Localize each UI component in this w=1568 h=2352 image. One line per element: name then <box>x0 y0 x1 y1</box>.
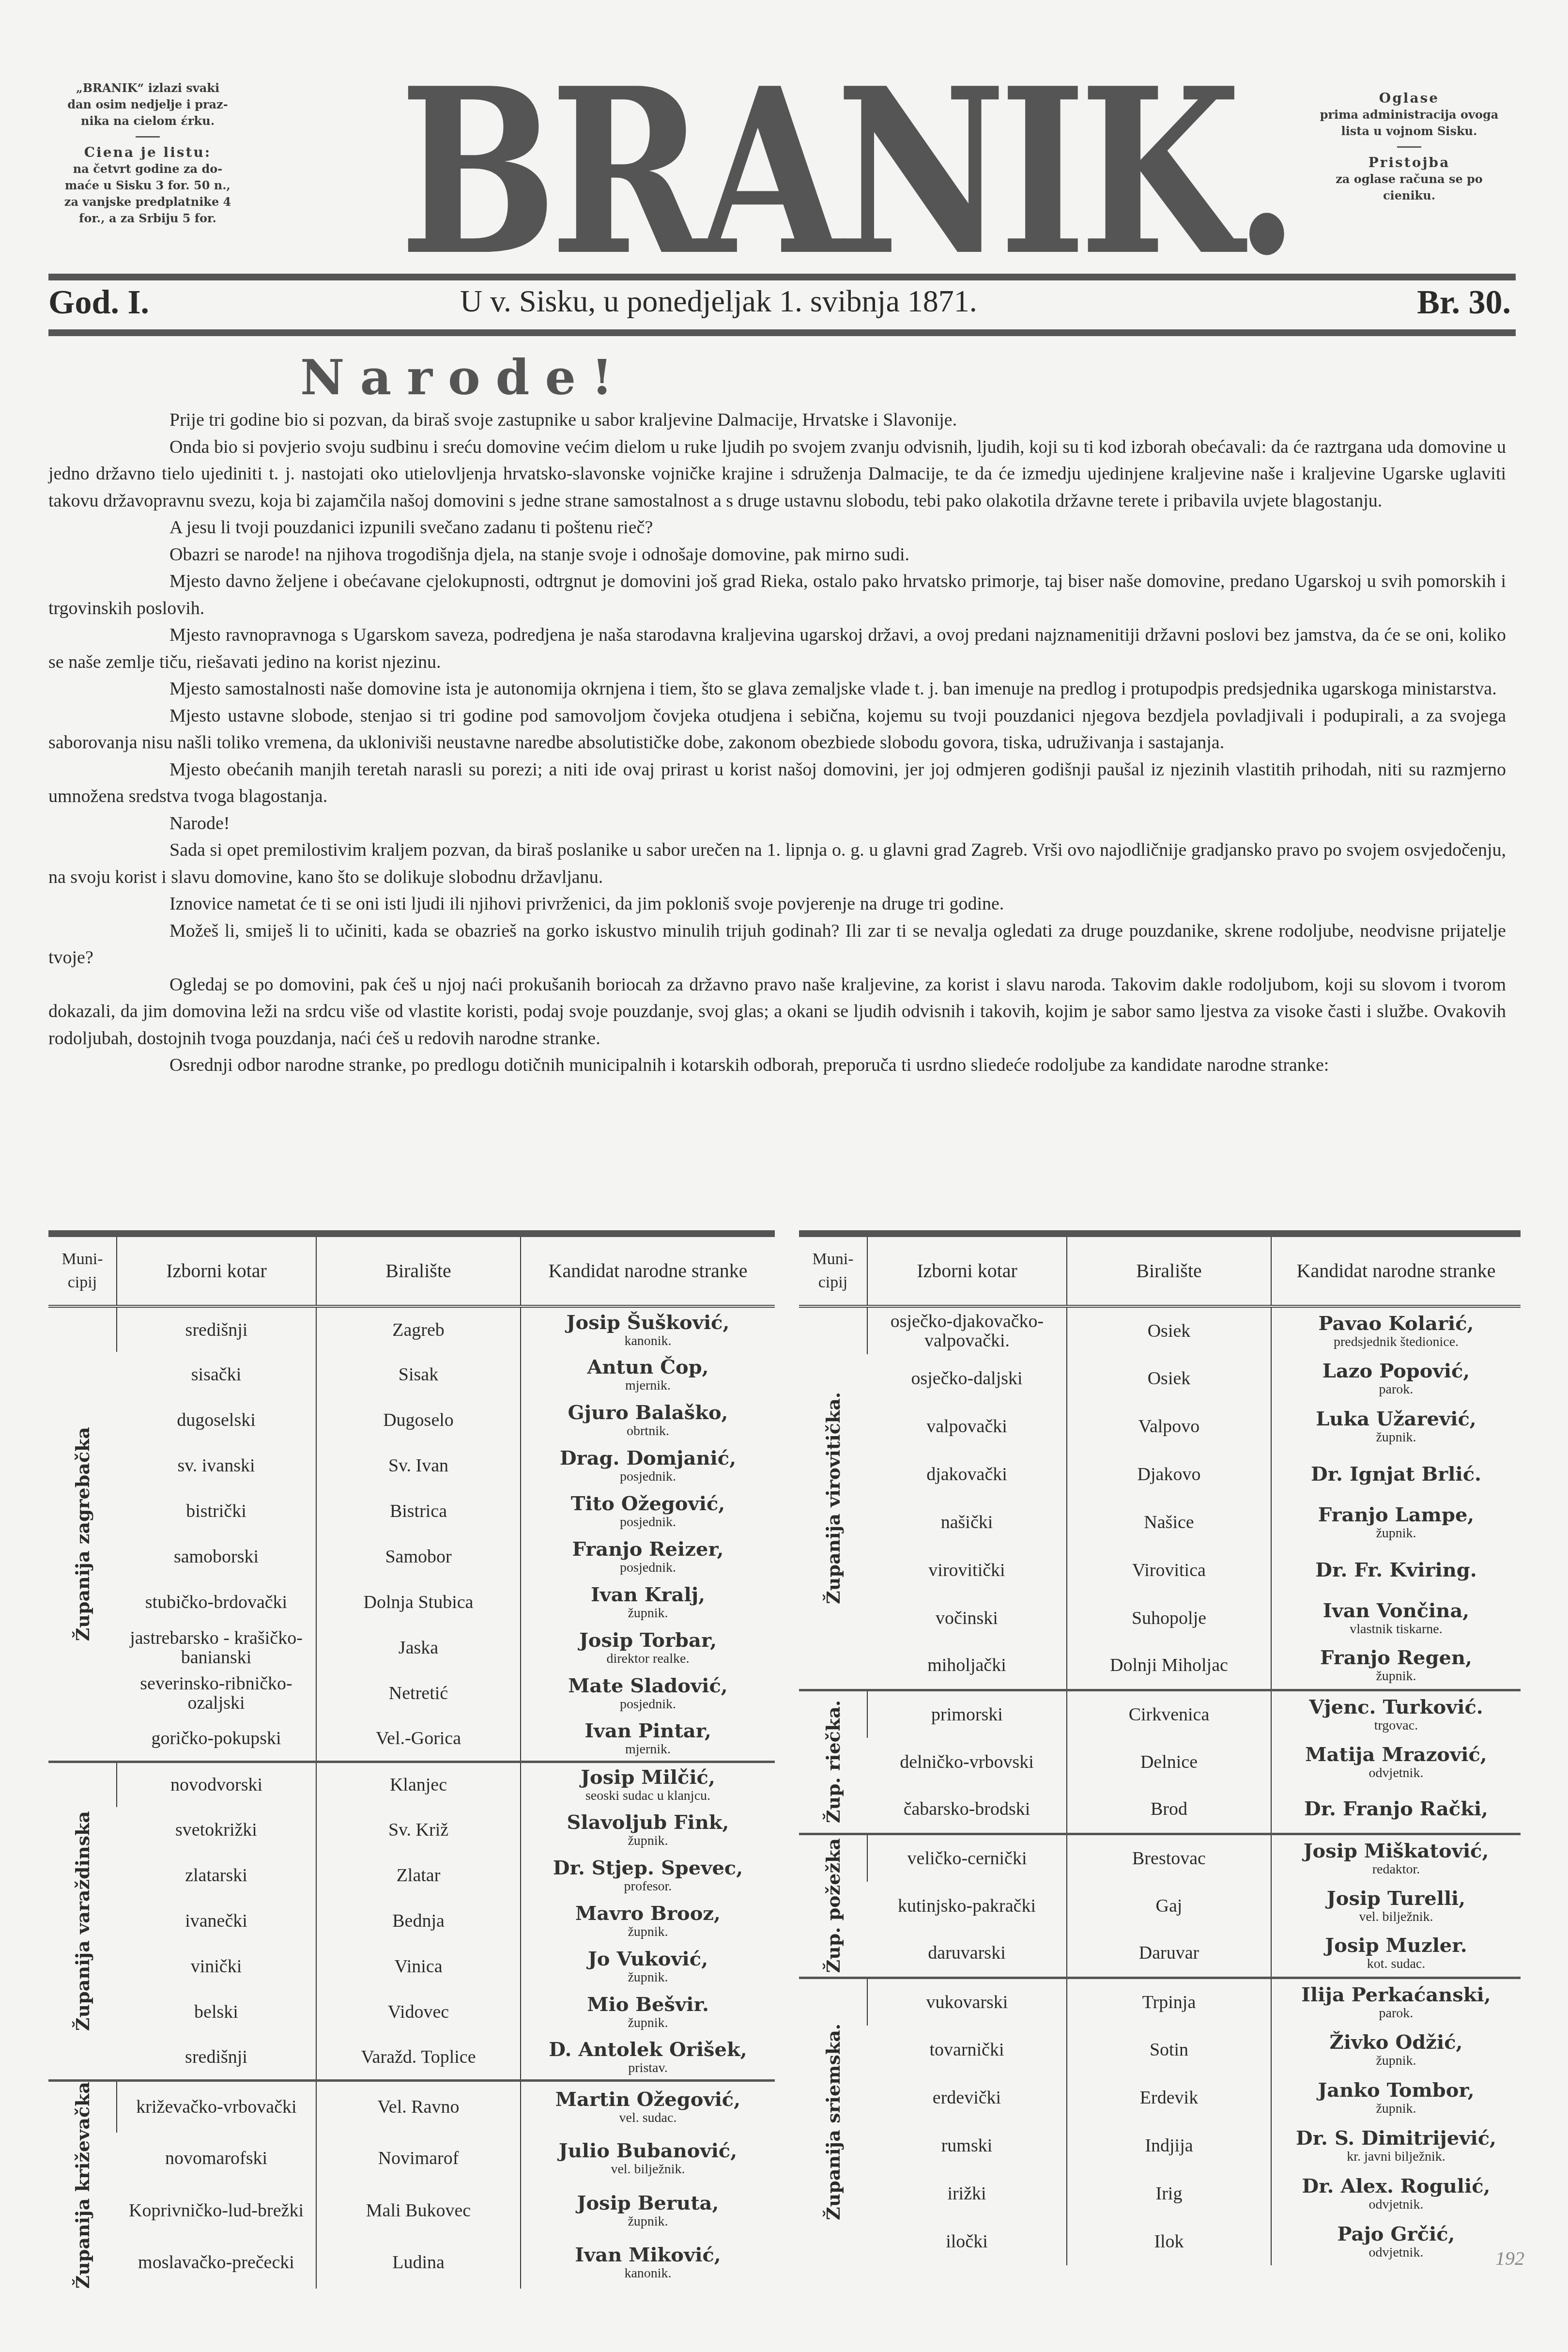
candidate-occupation: posjednik. <box>521 1470 775 1484</box>
advertising-info: Oglase prima administracija ovoga lista … <box>1298 87 1521 204</box>
candidate-name: Josip Beruta, <box>521 2192 775 2214</box>
candidate-name: Franjo Lampe, <box>1272 1504 1521 1526</box>
price-line: for., a za Srbiju 5 for. <box>46 210 249 227</box>
polling-place: Vel. Ravno <box>316 2080 521 2133</box>
candidate-name: Ivan Pintar, <box>521 1720 775 1742</box>
candidate-cell: Franjo Regen,župnik. <box>1271 1642 1521 1690</box>
candidate-cell: Antun Čop,mjernik. <box>521 1352 775 1397</box>
candidate-name: Janko Tombor, <box>1272 2079 1521 2102</box>
polling-place: Dolnji Miholjac <box>1067 1642 1271 1690</box>
electoral-district: vukovarski <box>867 1978 1067 2026</box>
candidate-occupation: kanonik. <box>521 2266 775 2281</box>
electoral-district: ivanečki <box>117 1898 316 1944</box>
table-row: kutinjsko-pakračkiGajJosip Turelli,vel. … <box>799 1882 1521 1930</box>
candidate-name: Josip Muzler. <box>1272 1934 1521 1957</box>
table-row: severinsko-ribničko-ozaljskiNetretićMate… <box>48 1671 775 1716</box>
polling-place: Daruvar <box>1067 1930 1271 1978</box>
article-body: Prije tri godine bio si pozvan, da biraš… <box>48 407 1506 1079</box>
county-group: Županija sriemska.vukovarskiTrpinjaIlija… <box>799 1978 1521 2265</box>
table-row: erdevičkiErdevikJanko Tombor,župnik. <box>799 2073 1521 2121</box>
electoral-district: stubičko-brdovački <box>117 1579 316 1625</box>
polling-place: Valpovo <box>1067 1402 1271 1450</box>
column-header: Izborni kotar <box>867 1234 1067 1306</box>
county-group: Županija varaždinskanovodvorskiKlanjecJo… <box>48 1762 775 2080</box>
table-row: djakovačkiDjakovoDr. Ignjat Brlić. <box>799 1450 1521 1498</box>
table-row: zlatarskiZlatarDr. Stjep. Spevec,profeso… <box>48 1853 775 1898</box>
margin-note: 192 <box>1495 2247 1524 2270</box>
table-row: moslavačko-prečeckiLudinaIvan Miković,ka… <box>48 2237 775 2289</box>
candidate-name: Ivan Miković, <box>521 2244 775 2266</box>
electoral-district: jastrebarsko - krašičko-banianski <box>117 1625 316 1671</box>
polling-place: Dugoselo <box>316 1397 521 1443</box>
electoral-district: tovarnički <box>867 2026 1067 2073</box>
electoral-district: osječko-daljski <box>867 1354 1067 1402</box>
electoral-district: veličko-cernički <box>867 1834 1067 1882</box>
candidates-table-left: Muni-cipijIzborni kotarBirališteKandidat… <box>48 1230 775 2289</box>
table-row: stubičko-brdovačkiDolnja StubicaIvan Kra… <box>48 1579 775 1625</box>
candidate-occupation: župnik. <box>521 1606 775 1621</box>
candidate-occupation: posjednik. <box>521 1697 775 1712</box>
polling-place: Indjija <box>1067 2121 1271 2169</box>
candidate-name: Josip Turelli, <box>1272 1888 1521 1910</box>
polling-place: Ludina <box>316 2237 521 2289</box>
polling-place: Delnice <box>1067 1738 1271 1786</box>
schedule-line: nika na cielom έrku. <box>46 113 249 129</box>
candidate-occupation: obrtnik. <box>521 1424 775 1439</box>
candidate-name: D. Antolek Orišek, <box>521 2039 775 2061</box>
candidate-name: Josip Šušković, <box>521 1312 775 1334</box>
candidate-name: Julio Bubanović, <box>521 2140 775 2162</box>
fee-line: cieniku. <box>1298 187 1521 204</box>
table-row: jastrebarsko - krašičko-banianskiJaskaJo… <box>48 1625 775 1671</box>
candidate-occupation: odvjetnik. <box>1272 2245 1521 2260</box>
electoral-district: našički <box>867 1498 1067 1546</box>
polling-place: Irig <box>1067 2169 1271 2217</box>
polling-place: Bistrica <box>316 1488 521 1534</box>
table-row: rumskiIndjijaDr. S. Dimitrijević,kr. jav… <box>799 2121 1521 2169</box>
table-row: tovarničkiSotinŽivko Odžić,župnik. <box>799 2026 1521 2073</box>
place-date: U v. Sisku, u ponedjeljak 1. svibnja 187… <box>460 283 977 319</box>
article-paragraph: Mjesto obećanih manjih teretah narasli s… <box>48 757 1506 810</box>
candidate-cell: Martin Ožegović,vel. sudac. <box>521 2080 775 2133</box>
county-label: Žup. riečka. <box>822 1700 844 1823</box>
candidate-occupation: profesor. <box>521 1879 775 1894</box>
candidate-occupation: mjernik. <box>521 1742 775 1757</box>
column-header: Muni-cipij <box>799 1234 867 1306</box>
table-row: Županija sriemska.vukovarskiTrpinjaIlija… <box>799 1978 1521 2026</box>
candidate-name: Matija Mrazović, <box>1272 1744 1521 1766</box>
price-line: maće u Sisku 3 for. 50 n., <box>46 177 249 194</box>
electoral-district: novodvorski <box>117 1762 316 1807</box>
table-row: irižkiIrigDr. Alex. Rogulić,odvjetnik. <box>799 2169 1521 2217</box>
candidate-name: Ivan Kralj, <box>521 1584 775 1606</box>
candidate-name: Lazo Popović, <box>1272 1360 1521 1382</box>
candidate-cell: Ilija Perkaćanski,parok. <box>1271 1978 1521 2026</box>
column-header: Kandidat narodne stranke <box>1271 1234 1521 1306</box>
electoral-district: moslavačko-prečecki <box>117 2237 316 2289</box>
electoral-district: svetokrižki <box>117 1807 316 1853</box>
article-paragraph: Obazri se narode! na njihova trogodišnja… <box>48 542 1506 569</box>
candidate-occupation: župnik. <box>1272 2054 1521 2068</box>
column-header: Kandidat narodne stranke <box>521 1234 775 1306</box>
polling-place: Gaj <box>1067 1882 1271 1930</box>
candidate-name: Tito Ožegović, <box>521 1493 775 1515</box>
candidate-name: Josip Torbar, <box>521 1629 775 1652</box>
polling-place: Osiek <box>1067 1306 1271 1354</box>
table-row: belskiVidovecMio Bešvir.župnik. <box>48 1989 775 2035</box>
candidate-occupation: župnik. <box>521 1834 775 1848</box>
article-paragraph: Mjesto ustavne slobode, stenjao si tri g… <box>48 703 1506 757</box>
candidate-cell: Vjenc. Turković.trgovac. <box>1271 1690 1521 1738</box>
table-row: iločkiIlokPajo Grčić,odvjetnik. <box>799 2217 1521 2265</box>
table-row: sv. ivanskiSv. IvanDrag. Domjanić,posjed… <box>48 1443 775 1488</box>
ads-heading: Oglase <box>1298 90 1521 107</box>
county-group: Žup. riečka.primorskiCirkvenicaVjenc. Tu… <box>799 1690 1521 1834</box>
candidate-occupation: seoski sudac u klanjcu. <box>521 1789 775 1803</box>
candidate-occupation: župnik. <box>521 2016 775 2030</box>
electoral-district: čabarsko-brodski <box>867 1786 1067 1834</box>
electoral-district: zlatarski <box>117 1853 316 1898</box>
table-row: novomarofskiNovimarofJulio Bubanović,vel… <box>48 2133 775 2185</box>
electoral-district: goričko-pokupski <box>117 1716 316 1762</box>
ads-line: prima administracija ovoga <box>1298 107 1521 123</box>
candidate-cell: Dr. Fr. Kviring. <box>1271 1546 1521 1594</box>
candidate-occupation: mjernik. <box>521 1378 775 1393</box>
newspaper-title: BRANIK. <box>400 73 1082 271</box>
candidate-cell: Franjo Lampe,župnik. <box>1271 1498 1521 1546</box>
candidate-name: Dr. Ignjat Brlić. <box>1272 1463 1521 1485</box>
county-label: Županija zagrebačka <box>72 1427 93 1641</box>
polling-place: Samobor <box>316 1534 521 1579</box>
polling-place: Sotin <box>1067 2026 1271 2073</box>
candidate-name: Dr. Franjo Rački, <box>1272 1798 1521 1820</box>
polling-place: Djakovo <box>1067 1450 1271 1498</box>
county-label: Županija virovitička. <box>822 1392 844 1604</box>
polling-place: Našice <box>1067 1498 1271 1546</box>
polling-place: Suhopolje <box>1067 1594 1271 1642</box>
article-paragraph: A jesu li tvoji pouzdanici izpunili sveč… <box>48 514 1506 542</box>
electoral-district: vinički <box>117 1944 316 1989</box>
candidate-cell: Matija Mrazović,odvjetnik. <box>1271 1738 1521 1786</box>
electoral-district: novomarofski <box>117 2133 316 2185</box>
candidate-name: Dr. Fr. Kviring. <box>1272 1559 1521 1581</box>
polling-place: Vinica <box>316 1944 521 1989</box>
polling-place: Ilok <box>1067 2217 1271 2265</box>
electoral-district: kutinjsko-pakrački <box>867 1882 1067 1930</box>
table-row: sisačkiSisakAntun Čop,mjernik. <box>48 1352 775 1397</box>
polling-place: Trpinja <box>1067 1978 1271 2026</box>
electoral-district: dugoselski <box>117 1397 316 1443</box>
bottom-rule <box>48 329 1516 336</box>
candidate-name: Drag. Domjanić, <box>521 1447 775 1470</box>
candidate-cell: Josip Milčić,seoski sudac u klanjcu. <box>521 1762 775 1807</box>
polling-place: Varažd. Toplice <box>316 2035 521 2080</box>
divider <box>136 136 160 138</box>
electoral-district: osječko-djakovačko-valpovački. <box>867 1306 1067 1354</box>
candidate-name: Antun Čop, <box>521 1356 775 1378</box>
candidate-cell: Janko Tombor,župnik. <box>1271 2073 1521 2121</box>
electoral-district: sisački <box>117 1352 316 1397</box>
polling-place: Sv. Križ <box>316 1807 521 1853</box>
candidate-cell: Tito Ožegović,posjednik. <box>521 1488 775 1534</box>
candidate-cell: Pajo Grčić,odvjetnik. <box>1271 2217 1521 2265</box>
polling-place: Erdevik <box>1067 2073 1271 2121</box>
electoral-district: vočinski <box>867 1594 1067 1642</box>
polling-place: Vel.-Gorica <box>316 1716 521 1762</box>
polling-place: Zlatar <box>316 1853 521 1898</box>
electoral-district: sv. ivanski <box>117 1443 316 1488</box>
table-row: svetokrižkiSv. KrižSlavoljub Fink,župnik… <box>48 1807 775 1853</box>
candidate-cell: Mio Bešvir.župnik. <box>521 1989 775 2035</box>
electoral-district: Koprivničko-lud-brežki <box>117 2184 316 2237</box>
candidate-name: Slavoljub Fink, <box>521 1811 775 1834</box>
candidate-occupation: župnik. <box>521 2214 775 2229</box>
candidate-occupation: vel. sudac. <box>521 2111 775 2125</box>
candidate-occupation: pristav. <box>521 2061 775 2075</box>
candidate-name: Gjuro Balaško, <box>521 1402 775 1424</box>
price-heading: Ciena je listu: <box>46 144 249 161</box>
candidate-cell: Živko Odžić,župnik. <box>1271 2026 1521 2073</box>
candidate-name: Mavro Brooz, <box>521 1903 775 1925</box>
fee-line: za oglase računa se po <box>1298 171 1521 187</box>
column-header: Izborni kotar <box>117 1234 316 1306</box>
article-paragraph: Možeš li, smiješ li to učiniti, kada se … <box>48 918 1506 972</box>
candidate-occupation: župnik. <box>1272 1430 1521 1445</box>
table-row: Žup. požežkaveličko-cerničkiBrestovacJos… <box>799 1834 1521 1882</box>
table-row: valpovačkiValpovoLuka Užarević,župnik. <box>799 1402 1521 1450</box>
table-row: bistričkiBistricaTito Ožegović,posjednik… <box>48 1488 775 1534</box>
table-row: osječko-daljskiOsiekLazo Popović,parok. <box>799 1354 1521 1402</box>
article-paragraph: Mjesto samostalnosti naše domovine ista … <box>48 676 1506 703</box>
table-row: Županija varaždinskanovodvorskiKlanjecJo… <box>48 1762 775 1807</box>
electoral-district: križevačko-vrbovački <box>117 2080 316 2133</box>
table-row: dugoselskiDugoseloGjuro Balaško,obrtnik. <box>48 1397 775 1443</box>
candidate-cell: Dr. Stjep. Spevec,profesor. <box>521 1853 775 1898</box>
candidate-name: Luka Užarević, <box>1272 1408 1521 1430</box>
table-row: čabarsko-brodskiBrodDr. Franjo Rački, <box>799 1786 1521 1834</box>
electoral-district: severinsko-ribničko-ozaljski <box>117 1671 316 1716</box>
polling-place: Jaska <box>316 1625 521 1671</box>
candidate-cell: Ivan Pintar,mjernik. <box>521 1716 775 1762</box>
candidates-table-right: Muni-cipijIzborni kotarBirališteKandidat… <box>799 1230 1521 2265</box>
candidate-name: Mio Bešvir. <box>521 1994 775 2016</box>
electoral-district: središnji <box>117 1306 316 1352</box>
table-row: virovitičkiViroviticaDr. Fr. Kviring. <box>799 1546 1521 1594</box>
candidate-name: Franjo Regen, <box>1272 1647 1521 1669</box>
candidate-cell: Mate Sladović,posjednik. <box>521 1671 775 1716</box>
table-row: viničkiVinicaJo Vuković,župnik. <box>48 1944 775 1989</box>
candidate-cell: Josip Turelli,vel. bilježnik. <box>1271 1882 1521 1930</box>
candidate-cell: Jo Vuković,župnik. <box>521 1944 775 1989</box>
candidate-occupation: predsjednik štedionice. <box>1272 1335 1521 1349</box>
candidate-cell: Slavoljub Fink,župnik. <box>521 1807 775 1853</box>
county-group: Žup. požežkaveličko-cerničkiBrestovacJos… <box>799 1834 1521 1978</box>
candidate-cell: Julio Bubanović,vel. bilježnik. <box>521 2133 775 2185</box>
ads-line: lista u vojnom Sisku. <box>1298 123 1521 139</box>
candidate-occupation: vel. bilježnik. <box>1272 1910 1521 1924</box>
electoral-district: iločki <box>867 2217 1067 2265</box>
table-row: središnjiVaražd. TopliceD. Antolek Oriše… <box>48 2035 775 2080</box>
article-paragraph: Prije tri godine bio si pozvan, da biraš… <box>48 407 1506 434</box>
candidate-name: Dr. S. Dimitrijević, <box>1272 2127 1521 2150</box>
article-heading: Narode! <box>300 349 628 406</box>
candidate-occupation: župnik. <box>1272 2102 1521 2116</box>
candidate-name: Josip Miškatović, <box>1272 1840 1521 1862</box>
top-rule <box>48 274 1516 280</box>
article-paragraph: Narode! <box>48 810 1506 837</box>
fee-heading: Pristojba <box>1298 155 1521 171</box>
candidate-cell: Franjo Reizer,posjednik. <box>521 1534 775 1579</box>
candidate-name: Ivan Vončina, <box>1272 1600 1521 1622</box>
column-header: Muni-cipij <box>48 1234 117 1306</box>
polling-place: Osiek <box>1067 1354 1271 1402</box>
county-label: Žup. požežka <box>822 1838 844 1973</box>
candidate-name: Pavao Kolarić, <box>1272 1313 1521 1335</box>
electoral-district: virovitički <box>867 1546 1067 1594</box>
article-paragraph: Mjesto ravnopravnoga s Ugarskom saveza, … <box>48 622 1506 676</box>
candidate-cell: Ivan Kralj,župnik. <box>521 1579 775 1625</box>
candidate-cell: Josip Torbar,direktor realke. <box>521 1625 775 1671</box>
polling-place: Netretić <box>316 1671 521 1716</box>
polling-place: Cirkvenica <box>1067 1690 1271 1738</box>
polling-place: Klanjec <box>316 1762 521 1807</box>
county-group: Županija zagrebačkasredišnjiZagrebJosip … <box>48 1306 775 1762</box>
candidate-occupation: kanonik. <box>521 1334 775 1348</box>
candidate-name: Dr. Stjep. Spevec, <box>521 1857 775 1879</box>
polling-place: Brestovac <box>1067 1834 1271 1882</box>
candidate-occupation: župnik. <box>1272 1669 1521 1684</box>
candidate-occupation: vel. bilježnik. <box>521 2162 775 2177</box>
electoral-district: irižki <box>867 2169 1067 2217</box>
electoral-district: miholjački <box>867 1642 1067 1690</box>
candidate-occupation: župnik. <box>1272 1526 1521 1541</box>
polling-place: Vidovec <box>316 1989 521 2035</box>
divider <box>1397 146 1421 148</box>
candidate-cell: Lazo Popović,parok. <box>1271 1354 1521 1402</box>
candidate-occupation: redaktor. <box>1272 1862 1521 1877</box>
candidate-occupation: posjednik. <box>521 1561 775 1575</box>
polling-place: Dolnja Stubica <box>316 1579 521 1625</box>
electoral-district: primorski <box>867 1690 1067 1738</box>
electoral-district: bistrički <box>117 1488 316 1534</box>
candidate-cell: Gjuro Balaško,obrtnik. <box>521 1397 775 1443</box>
polling-place: Sv. Ivan <box>316 1443 521 1488</box>
candidate-name: Franjo Reizer, <box>521 1538 775 1561</box>
candidate-occupation: odvjetnik. <box>1272 1766 1521 1780</box>
table-row: delničko-vrbovskiDelniceMatija Mrazović,… <box>799 1738 1521 1786</box>
price-line: na četvrt godine za do- <box>46 161 249 177</box>
candidate-occupation: kr. javni bilježnik. <box>1272 2150 1521 2164</box>
polling-place: Novimarof <box>316 2133 521 2185</box>
electoral-district: djakovački <box>867 1450 1067 1498</box>
candidate-occupation: parok. <box>1272 2006 1521 2021</box>
candidate-cell: Luka Užarević,župnik. <box>1271 1402 1521 1450</box>
table-row: vočinskiSuhopoljeIvan Vončina,vlastnik t… <box>799 1594 1521 1642</box>
electoral-district: rumski <box>867 2121 1067 2169</box>
article-paragraph: Mjesto davno željene i obećavane cjeloku… <box>48 568 1506 622</box>
polling-place: Mali Bukovec <box>316 2184 521 2237</box>
candidate-cell: Drag. Domjanić,posjednik. <box>521 1443 775 1488</box>
table-row: daruvarskiDaruvarJosip Muzler.kot. sudac… <box>799 1930 1521 1978</box>
table-row: Žup. riečka.primorskiCirkvenicaVjenc. Tu… <box>799 1690 1521 1738</box>
candidate-cell: Dr. Ignjat Brlić. <box>1271 1450 1521 1498</box>
candidate-name: Mate Sladović, <box>521 1675 775 1697</box>
column-header: Biralište <box>316 1234 521 1306</box>
county-group: Županija virovitička.osječko-djakovačko-… <box>799 1306 1521 1690</box>
electoral-district: daruvarski <box>867 1930 1067 1978</box>
candidate-name: Dr. Alex. Rogulić, <box>1272 2175 1521 2197</box>
article-paragraph: Iznovice nametat će ti se oni isti ljudi… <box>48 891 1506 918</box>
candidate-cell: Josip Beruta,župnik. <box>521 2184 775 2237</box>
county-label: Županija varaždinska <box>72 1811 93 2031</box>
candidate-name: Pajo Grčić, <box>1272 2223 1521 2245</box>
candidate-cell: Dr. S. Dimitrijević,kr. javni bilježnik. <box>1271 2121 1521 2169</box>
candidate-cell: Ivan Vončina,vlastnik tiskarne. <box>1271 1594 1521 1642</box>
schedule-line: „BRANIK“ izlazi svaki <box>46 80 249 96</box>
electoral-district: erdevički <box>867 2073 1067 2121</box>
polling-place: Bednja <box>316 1898 521 1944</box>
candidate-occupation: trgovac. <box>1272 1718 1521 1733</box>
schedule-line: dan osim nedjelje i praz- <box>46 96 249 113</box>
table-row: Županija zagrebačkasredišnjiZagrebJosip … <box>48 1306 775 1352</box>
candidate-occupation: župnik. <box>521 1925 775 1939</box>
candidate-cell: D. Antolek Orišek,pristav. <box>521 2035 775 2080</box>
article-paragraph: Ogledaj se po domovini, pak ćeš u njoj n… <box>48 972 1506 1052</box>
candidate-name: Ilija Perkaćanski, <box>1272 1984 1521 2006</box>
table-row: ivanečkiBednjaMavro Brooz,župnik. <box>48 1898 775 1944</box>
electoral-district: valpovački <box>867 1402 1067 1450</box>
electoral-district: samoborski <box>117 1534 316 1579</box>
candidate-cell: Ivan Miković,kanonik. <box>521 2237 775 2289</box>
candidate-name: Živko Odžić, <box>1272 2031 1521 2054</box>
publication-schedule: „BRANIK“ izlazi svaki dan osim nedjelje … <box>46 80 249 129</box>
candidate-occupation: parok. <box>1272 1382 1521 1397</box>
candidate-name: Jo Vuković, <box>521 1948 775 1970</box>
county-label: Županija križevačka <box>72 2082 93 2289</box>
candidate-cell: Josip Muzler.kot. sudac. <box>1271 1930 1521 1978</box>
candidate-name: Vjenc. Turković. <box>1272 1696 1521 1718</box>
candidate-occupation: direktor realke. <box>521 1652 775 1666</box>
candidate-cell: Josip Miškatović,redaktor. <box>1271 1834 1521 1882</box>
candidate-cell: Dr. Alex. Rogulić,odvjetnik. <box>1271 2169 1521 2217</box>
article-paragraph: Onda bio si povjerio svoju sudbinu i sre… <box>48 434 1506 515</box>
article-paragraph: Osrednji odbor narodne stranke, po predl… <box>48 1052 1506 1079</box>
table-row: Koprivničko-lud-brežkiMali BukovecJosip … <box>48 2184 775 2237</box>
volume-year: God. I. <box>48 283 149 322</box>
candidate-occupation: posjednik. <box>521 1515 775 1530</box>
table-row: goričko-pokupskiVel.-GoricaIvan Pintar,m… <box>48 1716 775 1762</box>
candidate-name: Martin Ožegović, <box>521 2089 775 2111</box>
candidate-cell: Pavao Kolarić,predsjednik štedionice. <box>1271 1306 1521 1354</box>
polling-place: Sisak <box>316 1352 521 1397</box>
candidate-cell: Josip Šušković,kanonik. <box>521 1306 775 1352</box>
electoral-district: središnji <box>117 2035 316 2080</box>
electoral-district: belski <box>117 1989 316 2035</box>
candidate-occupation: vlastnik tiskarne. <box>1272 1622 1521 1637</box>
candidate-occupation: odvjetnik. <box>1272 2197 1521 2212</box>
issue-number: Br. 30. <box>1417 283 1511 322</box>
dateline: God. I. U v. Sisku, u ponedjeljak 1. svi… <box>48 283 1511 334</box>
electoral-district: delničko-vrbovski <box>867 1738 1067 1786</box>
article-paragraph: Sada si opet premilostivim kraljem pozva… <box>48 837 1506 891</box>
candidate-name: Josip Milčić, <box>521 1766 775 1789</box>
table-row: samoborskiSamoborFranjo Reizer,posjednik… <box>48 1534 775 1579</box>
table-row: Županija križevačkakriževačko-vrbovačkiV… <box>48 2080 775 2133</box>
table-row: miholjačkiDolnji MiholjacFranjo Regen,žu… <box>799 1642 1521 1690</box>
candidate-occupation: župnik. <box>521 1970 775 1985</box>
price-line: za vanjske predplatnike 4 <box>46 194 249 210</box>
county-label: Županija sriemska. <box>822 2024 844 2220</box>
